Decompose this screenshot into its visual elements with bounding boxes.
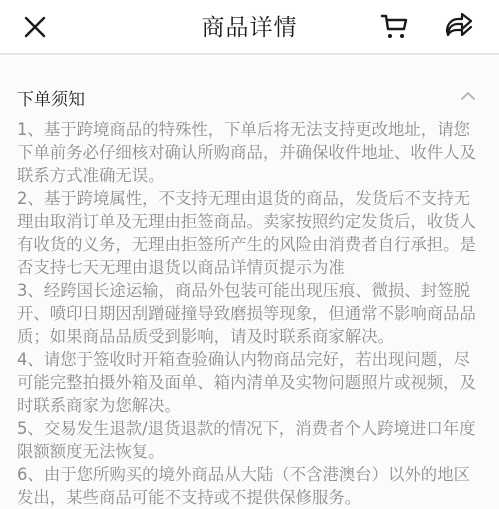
section-header[interactable]: 下单须知	[17, 85, 482, 111]
notice-item-3: 3、经跨国长途运输，商品外包装可能出现压痕、微损、封签脱开、喷印日期因刮蹭碰撞导…	[17, 279, 477, 348]
cart-icon	[380, 13, 410, 41]
page-title: 商品详情	[0, 9, 499, 42]
share-icon	[444, 13, 474, 41]
notice-item-4: 4、请您于签收时开箱查验确认内物商品完好，若出现问题，尽可能完整拍摄外箱及面单、…	[17, 348, 477, 417]
share-button[interactable]	[442, 10, 476, 44]
cart-button[interactable]	[378, 10, 412, 44]
collapse-button[interactable]	[456, 87, 480, 105]
section-title: 下单须知	[17, 85, 85, 110]
notice-item-1: 1、基于跨境商品的特殊性，下单后将无法支持更改地址，请您下单前务必仔细核对确认所…	[17, 118, 477, 187]
order-notice-panel: 下单须知 1、基于跨境商品的特殊性，下单后将无法支持更改地址，请您下单前务必仔细…	[0, 55, 499, 466]
notice-list: 1、基于跨境商品的特殊性，下单后将无法支持更改地址，请您下单前务必仔细核对确认所…	[17, 118, 477, 466]
top-nav-bar: 商品详情	[0, 0, 499, 55]
notice-item-2: 2、基于跨境属性，不支持无理由退货的商品，发货后不支持无理由取消订单及无理由拒签…	[17, 187, 477, 279]
notice-item-5: 5、交易发生退款/退货退款的情况下，消费者个人跨境进口年度限额额度无法恢复。	[17, 417, 477, 463]
chevron-up-icon	[456, 87, 480, 105]
